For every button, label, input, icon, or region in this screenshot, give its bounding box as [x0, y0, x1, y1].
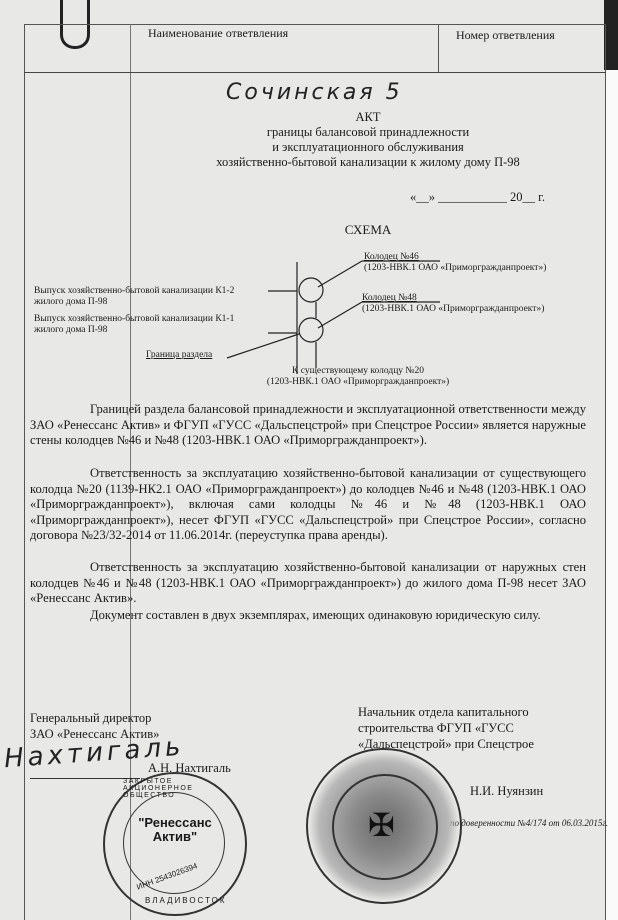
paragraph-copies: Документ составлен в двух экземплярах, и… — [30, 608, 586, 624]
well-46-label: Колодец №46 (1203-НВК.1 ОАО «Приморгражд… — [364, 252, 546, 274]
right-signatory: Начальник отдела капитального строительс… — [358, 704, 534, 752]
paragraph-responsibility-fgup: Ответственность за эксплуатацию хозяйств… — [30, 466, 586, 544]
outlet-k11-label: Выпуск хозяйственно-бытовой канализации … — [34, 314, 234, 336]
existing-well-label: К существующему колодцу №20 (1203-НВК.1 … — [258, 366, 458, 388]
outlet-k12-label: Выпуск хозяйственно-бытовой канализации … — [34, 286, 234, 308]
paragraph-responsibility-zao: Ответственность за эксплуатацию хозяйств… — [30, 560, 586, 607]
coat-of-arms-icon: ✠ — [368, 806, 395, 844]
power-of-attorney-note: по доверенности №4/174 от 06.03.2015г. — [450, 818, 608, 828]
right-signatory-name: Н.И. Нуянзин — [470, 783, 543, 799]
schema-diagram — [0, 0, 618, 920]
stamp-renaissance-aktiv: ЗАКРЫТОЕ АКЦИОНЕРНОЕ ОБЩЕСТВО "Ренессанс… — [103, 772, 247, 916]
well-48-label: Колодец №48 (1203-НВК.1 ОАО «Приморгражд… — [362, 293, 544, 315]
paragraph-boundary: Границей раздела балансовой принадлежнос… — [30, 402, 586, 449]
boundary-label: Граница раздела — [146, 350, 212, 361]
stamp-dalspetsstroy: ✠ — [306, 748, 462, 904]
